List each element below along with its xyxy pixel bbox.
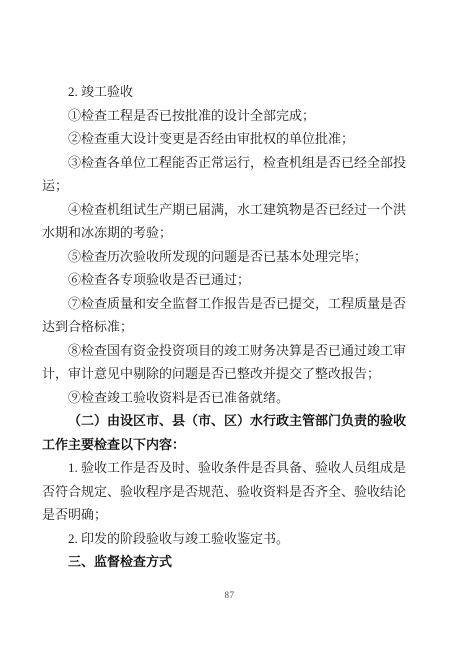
paragraph: 2. 印发的阶段验收与竣工验收鉴定书。 [42,527,406,551]
paragraph: 1. 验收工作是否及时、验收条件是否具备、验收人员组成是否符合规定、验收程序是否… [42,456,406,527]
paragraph: ⑨检查竣工验收资料是否已准备就绪。 [42,386,406,410]
paragraph: ④检查机组试生产期已届满，水工建筑物是否已经过一个洪水期和冰冻期的考验； [42,198,406,245]
document-body: 2. 竣工验收①检查工程是否已按批准的设计全部完成；②检查重大设计变更是否经由审… [42,80,406,574]
paragraph: 三、监督检查方式 [42,550,406,574]
paragraph: 2. 竣工验收 [42,80,406,104]
paragraph: ③检查各单位工程能否正常运行，检查机组是否已经全部投运； [42,151,406,198]
paragraph: ⑥检查各专项验收是否已通过； [42,268,406,292]
page-number: 87 [0,590,459,600]
paragraph: ⑦检查质量和安全监督工作报告是否已提交，工程质量是否达到合格标准； [42,292,406,339]
paragraph: （二）由设区市、县（市、区）水行政主管部门负责的验收工作主要检查以下内容： [42,409,406,456]
document-page: 2. 竣工验收①检查工程是否已按批准的设计全部完成；②检查重大设计变更是否经由审… [0,0,459,650]
paragraph: ⑤检查历次验收所发现的问题是否已基本处理完毕； [42,245,406,269]
paragraph: ②检查重大设计变更是否经由审批权的单位批准； [42,127,406,151]
paragraph: ①检查工程是否已按批准的设计全部完成； [42,104,406,128]
paragraph: ⑧检查国有资金投资项目的竣工财务决算是否已通过竣工审计，审计意见中剔除的问题是否… [42,339,406,386]
